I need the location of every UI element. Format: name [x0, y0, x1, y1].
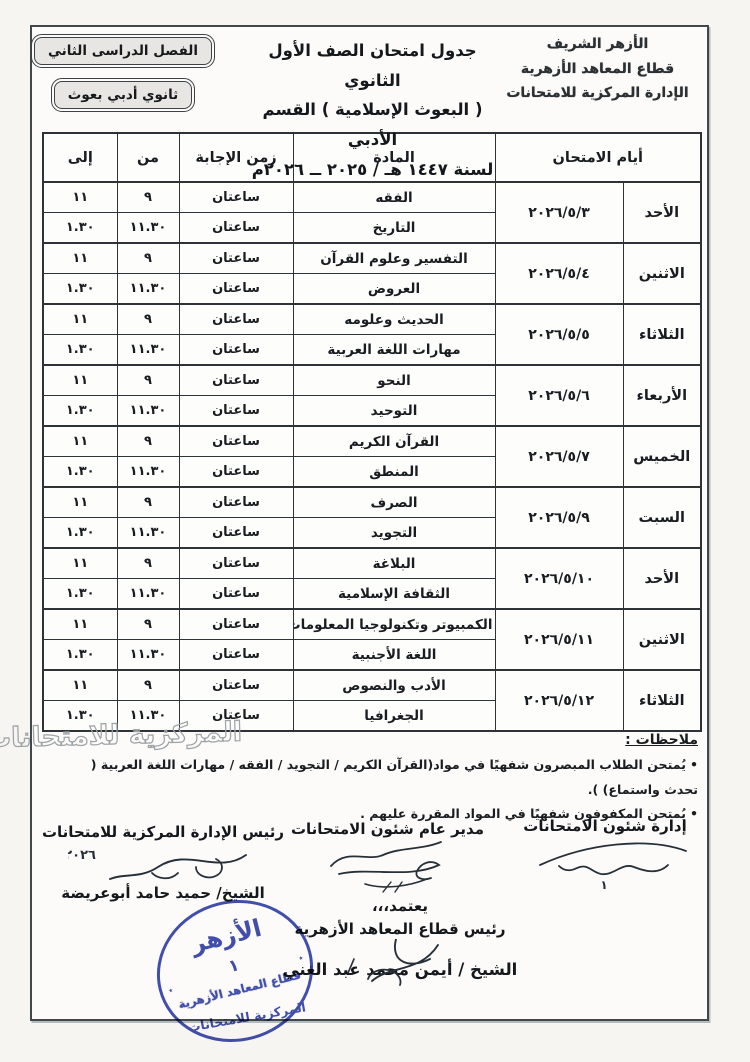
to-cell: ١.٣٠ [43, 640, 117, 671]
date-cell: ٢٠٢٦/٥/١٠ [495, 548, 623, 609]
note-item: •يُمتحن الطلاب المبصرون شفهيًا في مواد(ا… [68, 753, 698, 802]
duration-cell: ساعتان [179, 640, 293, 671]
duration-cell: ساعتان [179, 396, 293, 427]
to-cell: ١١ [43, 365, 117, 396]
duration-cell: ساعتان [179, 213, 293, 244]
day-cell: الاثنين [623, 243, 701, 304]
page-title: جدول امتحان الصف الأول الثانوي ( البعوث … [250, 36, 495, 184]
date-cell: ٢٠٢٦/٥/١٢ [495, 670, 623, 731]
subject-cell: الكمبيوتر وتكنولوجيا المعلومات [293, 609, 495, 640]
date-cell: ٢٠٢٦/٥/٦ [495, 365, 623, 426]
subject-cell: المنطق [293, 457, 495, 488]
from-cell: ٩ [117, 609, 179, 640]
duration-cell: ساعتان [179, 365, 293, 396]
duration-cell: ساعتان [179, 518, 293, 549]
subject-cell: الحديث وعلومه [293, 304, 495, 335]
subject-cell: النحو [293, 365, 495, 396]
to-cell: ١١ [43, 670, 117, 701]
from-cell: ٩ [117, 487, 179, 518]
to-cell: ١١ [43, 243, 117, 274]
duration-cell: ساعتان [179, 548, 293, 579]
svg-text:الأزهر: الأزهر [187, 913, 264, 959]
duration-cell: ساعتان [179, 579, 293, 610]
to-cell: ١١ [43, 609, 117, 640]
svg-text:١: ١ [226, 955, 241, 977]
from-cell: ٩ [117, 426, 179, 457]
from-cell: ١١.٣٠ [117, 518, 179, 549]
org-header: الأزهر الشريف قطاع المعاهد الأزهرية الإد… [490, 32, 705, 106]
from-cell: ٩ [117, 670, 179, 701]
to-cell: ١.٣٠ [43, 213, 117, 244]
org-line-2: قطاع المعاهد الأزهرية [490, 57, 705, 82]
subject-cell: الصرف [293, 487, 495, 518]
from-cell: ٩ [117, 243, 179, 274]
exam-schedule-table: أيام الامتحان المادة زمن الإجابة من إلى … [42, 132, 702, 732]
to-cell: ١.٣٠ [43, 335, 117, 366]
semester-badge: الفصل الدراسى الثاني [31, 34, 215, 68]
subject-cell: البلاغة [293, 548, 495, 579]
header-badges: الفصل الدراسى الثاني ثانوي أدبي بعوث [40, 34, 206, 112]
to-cell: ١١ [43, 548, 117, 579]
signature-title: إدارة شئون الامتحانات [496, 817, 714, 835]
track-badge: ثانوي أدبي بعوث [51, 78, 195, 112]
duration-cell: ساعتان [179, 487, 293, 518]
from-cell: ١١.٣٠ [117, 213, 179, 244]
signature-title: مدير عام شئون الامتحانات [280, 820, 495, 838]
subject-cell: التجويد [293, 518, 495, 549]
title-line-1: جدول امتحان الصف الأول الثانوي [250, 36, 495, 95]
to-cell: ١.٣٠ [43, 274, 117, 305]
duration-cell: ساعتان [179, 182, 293, 213]
bullet-icon: • [690, 757, 698, 772]
duration-cell: ساعتان [179, 457, 293, 488]
duration-cell: ساعتان [179, 243, 293, 274]
duration-cell: ساعتان [179, 335, 293, 366]
table-row: الاثنين ٢٠٢٦/٥/١١ الكمبيوتر وتكنولوجيا ا… [43, 609, 701, 640]
to-cell: ١١ [43, 487, 117, 518]
subject-cell: التاريخ [293, 213, 495, 244]
table-row: الثلاثاء ٢٠٢٦/٥/٥ الحديث وعلومه ساعتان ٩… [43, 304, 701, 335]
duration-cell: ساعتان [179, 274, 293, 305]
from-cell: ١١.٣٠ [117, 640, 179, 671]
to-cell: ١.٣٠ [43, 396, 117, 427]
to-cell: ١.٣٠ [43, 518, 117, 549]
subject-cell: العروض [293, 274, 495, 305]
handwritten-signature [313, 838, 463, 894]
to-cell: ١.٣٠ [43, 457, 117, 488]
day-cell: الأحد [623, 548, 701, 609]
day-cell: الخميس [623, 426, 701, 487]
to-cell: ١١ [43, 426, 117, 457]
table-row: الأربعاء ٢٠٢٦/٥/٦ النحو ساعتان ٩ ١١ [43, 365, 701, 396]
day-cell: الثلاثاء [623, 670, 701, 731]
duration-cell: ساعتان [179, 609, 293, 640]
title-line-2: ( البعوث الإسلامية ) القسم الأدبي [250, 95, 495, 154]
date-cell: ٢٠٢٦/٥/٧ [495, 426, 623, 487]
from-cell: ١١.٣٠ [117, 396, 179, 427]
subject-cell: التوحيد [293, 396, 495, 427]
azhar-stamp-icon: الأزهر ١ قطاع المعاهد الأزهرية المركزية … [146, 891, 324, 1059]
table-row: الأحد ٢٠٢٦/٥/١٠ البلاغة ساعتان ٩ ١١ [43, 548, 701, 579]
date-cell: ٢٠٢٦/٥/١١ [495, 609, 623, 670]
table-row: الأحد ٢٠٢٦/٥/٣ الفقه ساعتان ٩ ١١ [43, 182, 701, 213]
table-row: الاثنين ٢٠٢٦/٥/٤ التفسير وعلوم القرآن سا… [43, 243, 701, 274]
signature-block-exams-affairs: إدارة شئون الامتحانات ١ [496, 817, 714, 893]
svg-text:١: ١ [600, 878, 607, 892]
signature-block-general-director: مدير عام شئون الامتحانات [280, 820, 495, 894]
from-cell: ٩ [117, 304, 179, 335]
from-cell: ١١.٣٠ [117, 457, 179, 488]
handwritten-signature: ٢٠٢٦ [68, 841, 258, 883]
date-cell: ٢٠٢٦/٥/٩ [495, 487, 623, 548]
from-cell: ١١.٣٠ [117, 579, 179, 610]
svg-text:٭: ٭ [167, 986, 174, 997]
col-header-from: من [117, 133, 179, 182]
duration-cell: ساعتان [179, 426, 293, 457]
day-cell: السبت [623, 487, 701, 548]
to-cell: ١.٣٠ [43, 579, 117, 610]
scanned-exam-schedule-page: الأزهر الشريف قطاع المعاهد الأزهرية الإد… [0, 0, 750, 1062]
col-header-to: إلى [43, 133, 117, 182]
to-cell: ١١ [43, 182, 117, 213]
semester-badge-label: الفصل الدراسى الثاني [34, 37, 212, 65]
subject-cell: اللغة الأجنبية [293, 640, 495, 671]
date-cell: ٢٠٢٦/٥/٣ [495, 182, 623, 243]
from-cell: ١١.٣٠ [117, 274, 179, 305]
subject-cell: الفقه [293, 182, 495, 213]
org-line-3: الإدارة المركزية للامتحانات [490, 81, 705, 106]
from-cell: ٩ [117, 365, 179, 396]
table-row: الثلاثاء ٢٠٢٦/٥/١٢ الأدب والنصوص ساعتان … [43, 670, 701, 701]
day-cell: الأحد [623, 182, 701, 243]
date-cell: ٢٠٢٦/٥/٥ [495, 304, 623, 365]
handwritten-signature: ١ [518, 835, 693, 893]
subject-cell: مهارات اللغة العربية [293, 335, 495, 366]
svg-text:٢٠٢٦: ٢٠٢٦ [68, 848, 96, 863]
title-line-3: لسنة ١٤٤٧ هـ / ٢٠٢٥ ــ ٢٠٢٦م [250, 155, 495, 185]
from-cell: ٩ [117, 182, 179, 213]
from-cell: ٩ [117, 548, 179, 579]
subject-cell: الجغرافيا [293, 701, 495, 732]
subject-cell: الثقافة الإسلامية [293, 579, 495, 610]
subject-cell: الأدب والنصوص [293, 670, 495, 701]
day-cell: الثلاثاء [623, 304, 701, 365]
signature-title: رئيس الإدارة المركزية للامتحانات [34, 823, 292, 841]
subject-cell: القرآن الكريم [293, 426, 495, 457]
table-row: السبت ٢٠٢٦/٥/٩ الصرف ساعتان ٩ ١١ [43, 487, 701, 518]
table-row: الخميس ٢٠٢٦/٥/٧ القرآن الكريم ساعتان ٩ ١… [43, 426, 701, 457]
track-badge-label: ثانوي أدبي بعوث [54, 81, 192, 109]
col-header-days: أيام الامتحان [495, 133, 701, 182]
date-cell: ٢٠٢٦/٥/٤ [495, 243, 623, 304]
subject-cell: التفسير وعلوم القرآن [293, 243, 495, 274]
day-cell: الأربعاء [623, 365, 701, 426]
from-cell: ١١.٣٠ [117, 335, 179, 366]
to-cell: ١١ [43, 304, 117, 335]
day-cell: الاثنين [623, 609, 701, 670]
duration-cell: ساعتان [179, 304, 293, 335]
svg-text:٭: ٭ [297, 953, 304, 964]
org-line-1: الأزهر الشريف [490, 32, 705, 57]
duration-cell: ساعتان [179, 670, 293, 701]
